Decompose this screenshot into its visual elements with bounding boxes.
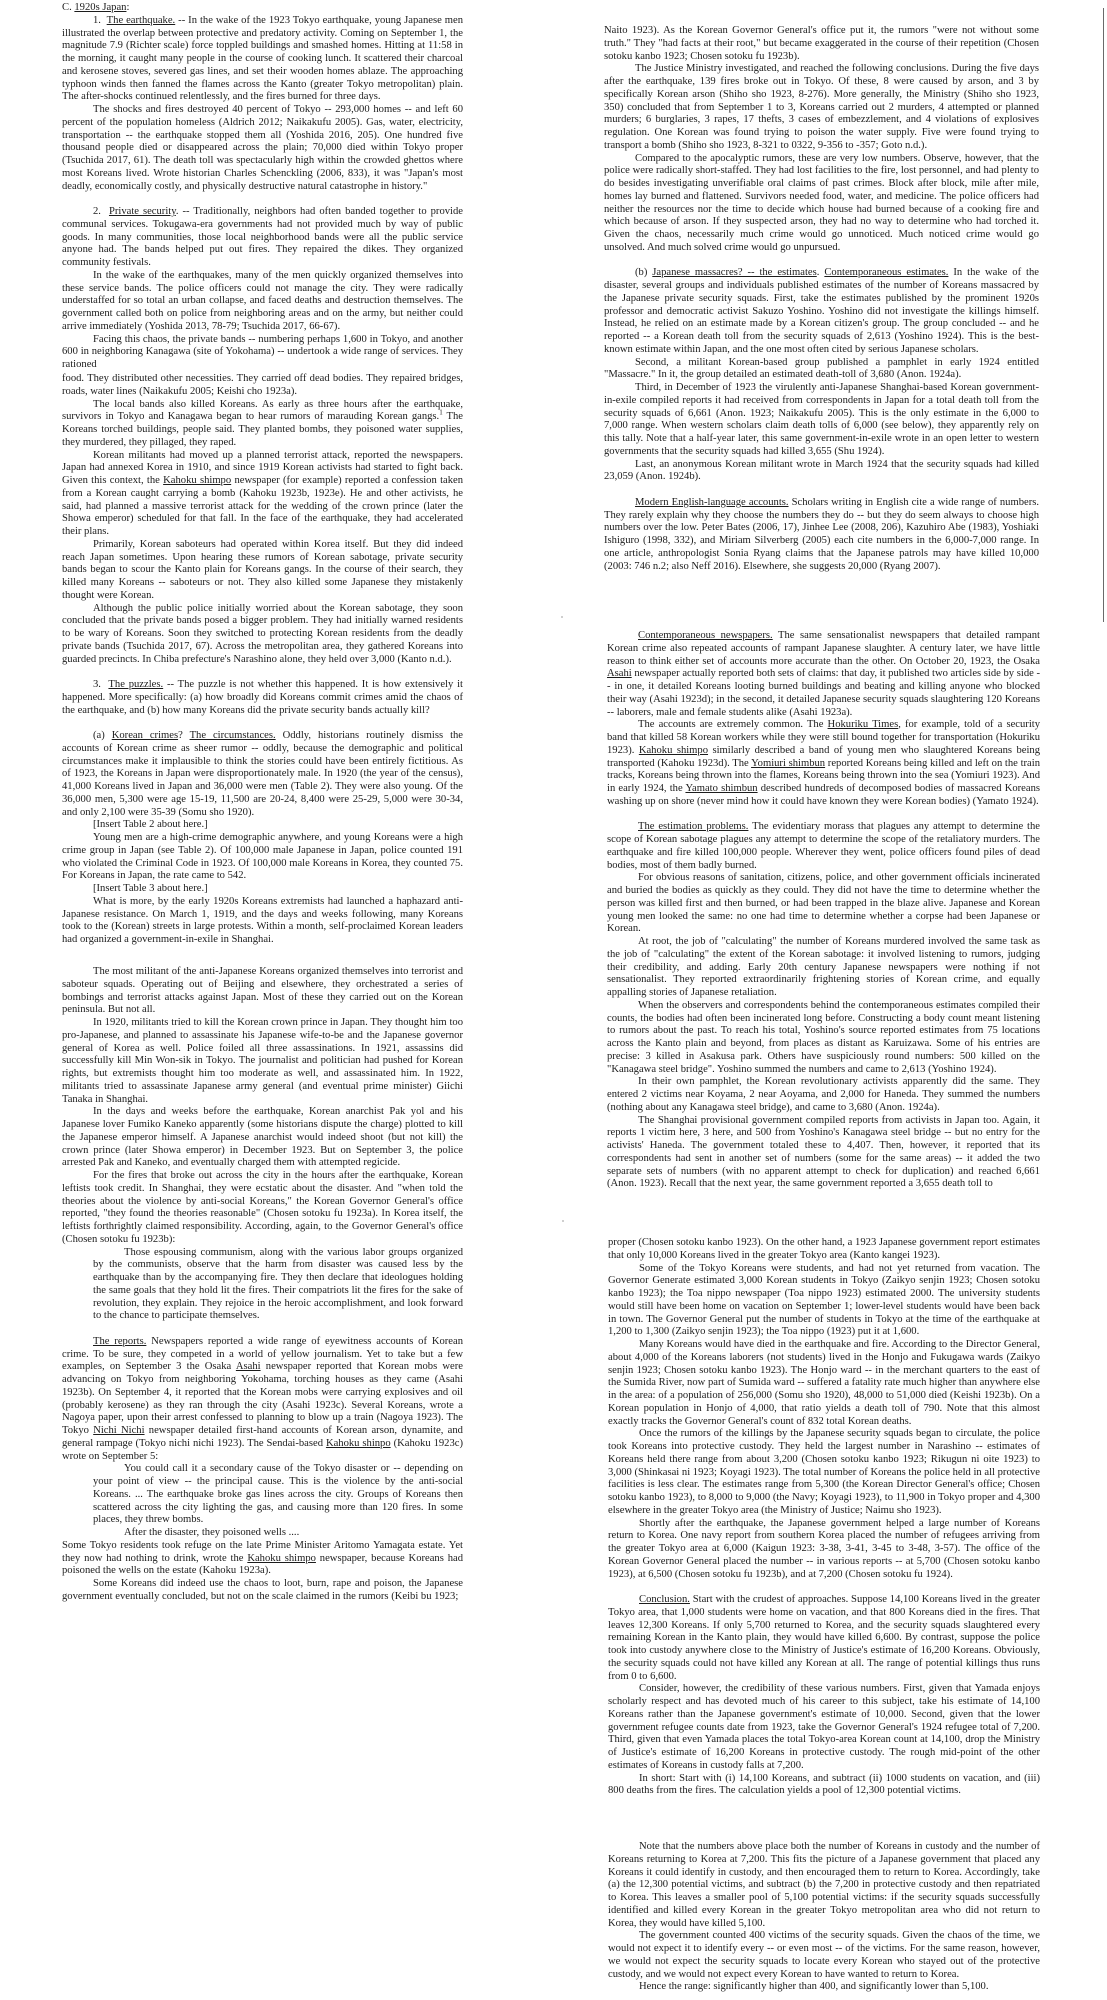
paragraph-massacre-pamphlet: Second, a militant Korean-based group pu… (604, 357, 1039, 383)
paragraph-saboteurs: Primarily, Korean saboteurs had operated… (62, 539, 463, 603)
paragraph-police: Although the public police initially wor… (62, 603, 463, 667)
paragraph-1920-assassinations: In 1920, militants tried to kill the Kor… (62, 1017, 463, 1106)
paragraph-government-in-exile: Third, in December of 1923 the virulentl… (604, 382, 1039, 459)
paragraph-leftists: For the fires that broke out across the … (62, 1170, 463, 1247)
subsection-title-newspapers: Contemporaneous newspapers. (638, 630, 773, 641)
paragraph-continued: Naito 1923). As the Korean Governor Gene… (604, 25, 1039, 63)
subsection-title-conclusion: Conclusion. (639, 1594, 690, 1605)
paragraph-continued: food. They distributed other necessities… (62, 373, 463, 399)
paragraph-calculating: At root, the job of "calculating" the nu… (607, 936, 1040, 1000)
paragraph-private-security-2: In the wake of the earthquakes, many of … (62, 270, 463, 334)
paragraph-private-security-1: 2. Private security. -- Traditionally, n… (62, 206, 463, 270)
table-placeholder-3: [Insert Table 3 about here.] (62, 883, 463, 896)
subsection-title-contemporaneous-estimates: Contemporaneous estimates. (824, 267, 948, 278)
subsection-title-reports: The reports. (93, 1336, 146, 1347)
paragraph-yamagata: Some Tokyo residents took refuge on the … (62, 1540, 463, 1578)
paragraph-continued: proper (Chosen sotoku kanbo 1923). On th… (608, 1237, 1040, 1263)
subsection-title-massacres: Japanese massacres? -- the estimates (652, 267, 816, 278)
page-edge-divider (1103, 8, 1104, 622)
paragraph-puzzles: 3. The puzzles. -- The puzzle is not whe… (62, 679, 463, 717)
paragraph-korean-crimes: (a) Korean crimes? The circumstances. Od… (62, 730, 463, 819)
block-quote-kahoku: You could call it a secondary cause of t… (93, 1463, 463, 1527)
left-page-1: C. 1920s Japan: 1. The earthquake. -- In… (62, 2, 463, 372)
left-page-2: food. They distributed other necessities… (62, 373, 463, 947)
paragraph-pak-yol: In the days and weeks before the earthqu… (62, 1106, 463, 1170)
paragraph-reports: The reports. Newspapers reported a wide … (62, 1336, 463, 1464)
table-placeholder-2: [Insert Table 2 about here.] (62, 819, 463, 832)
section-heading: C. 1920s Japan: (62, 2, 463, 15)
paragraph-militants: Korean militants had moved up a planned … (62, 450, 463, 539)
paragraph-contemporaneous-newspapers: Contemporaneous newspapers. The same sen… (607, 630, 1040, 719)
left-page-3: The most militant of the anti-Japanese K… (62, 966, 463, 1604)
right-page-4: Note that the numbers above place both t… (608, 1841, 1040, 1994)
paragraph-numbers-above: Note that the numbers above place both t… (608, 1841, 1040, 1930)
right-page-3: proper (Chosen sotoku kanbo 1923). On th… (608, 1237, 1040, 1798)
paragraph-conclusion: Conclusion. Start with the crudest of ap… (608, 1594, 1040, 1683)
paragraph-young-men: Young men are a high-crime demographic a… (62, 832, 463, 883)
paragraph-pamphlet: In their own pamphlet, the Korean revolu… (607, 1076, 1040, 1114)
paragraph-observers: When the observers and correspondents be… (607, 1000, 1040, 1077)
subsection-title-puzzles: The puzzles. (108, 679, 163, 690)
right-page-1: Naito 1923). As the Korean Governor Gene… (604, 25, 1039, 573)
paragraph-earthquake-2: The shocks and fires destroyed 40 percen… (62, 104, 463, 193)
block-quote-communism: Those espousing communism, along with th… (93, 1247, 463, 1324)
paragraph-credibility: Consider, however, the credibility of th… (608, 1683, 1040, 1772)
paragraph-anonymous-militant: Last, an anonymous Korean militant wrote… (604, 459, 1039, 485)
paragraph-students: Some of the Tokyo Koreans were students,… (608, 1263, 1040, 1340)
paragraph-low-numbers: Compared to the apocalyptic rumors, thes… (604, 153, 1039, 255)
right-page-2: Contemporaneous newspapers. The same sen… (607, 630, 1040, 1191)
paragraph-return: Shortly after the earthquake, the Japane… (608, 1518, 1040, 1582)
paragraph-accounts-common: The accounts are extremely common. The H… (607, 719, 1040, 808)
block-quote-kahoku-2: After the disaster, they poisoned wells … (93, 1527, 463, 1540)
paragraph-in-short: In short: Start with (i) 14,100 Koreans,… (608, 1773, 1040, 1799)
paragraph-militant-squads: The most militant of the anti-Japanese K… (62, 966, 463, 1017)
subsection-title-earthquake: The earthquake. (107, 15, 176, 26)
paragraph-resistance: What is more, by the early 1920s Koreans… (62, 896, 463, 947)
paragraph-justice-ministry: The Justice Ministry investigated, and r… (604, 63, 1039, 152)
paragraph-government-counted: The government counted 400 victims of th… (608, 1930, 1040, 1981)
paragraph-estimates-yoshino: (b) Japanese massacres? -- the estimates… (604, 267, 1039, 356)
paragraph-government-concluded: Some Koreans did indeed use the chaos to… (62, 1578, 463, 1604)
paragraph-earthquake-1: 1. The earthquake. -- In the wake of the… (62, 15, 463, 104)
paragraph-private-security-3: Facing this chaos, the private bands -- … (62, 334, 463, 372)
paragraph-estimation-problems: The estimation problems. The evidentiary… (607, 821, 1040, 872)
subsection-title-private-security: Private security (109, 206, 176, 217)
scan-artifact (561, 616, 563, 618)
paragraph-sanitation: For obvious reasons of sanitation, citiz… (607, 872, 1040, 936)
scan-artifact (562, 1220, 564, 1222)
paragraph-local-bands: The local bands also killed Koreans. As … (62, 399, 463, 450)
paragraph-range: Hence the range: significantly higher th… (608, 1981, 1040, 1994)
paragraph-custody: Once the rumors of the killings by the J… (608, 1428, 1040, 1517)
paragraph-modern-accounts: Modern English-language accounts. Schola… (604, 497, 1039, 574)
subsection-title-modern-accounts: Modern English-language accounts. (635, 497, 789, 508)
subsection-title-estimation-problems: The estimation problems. (638, 821, 748, 832)
paragraph-honjo: Many Koreans would have died in the eart… (608, 1339, 1040, 1428)
paragraph-shanghai: The Shanghai provisional government comp… (607, 1115, 1040, 1192)
